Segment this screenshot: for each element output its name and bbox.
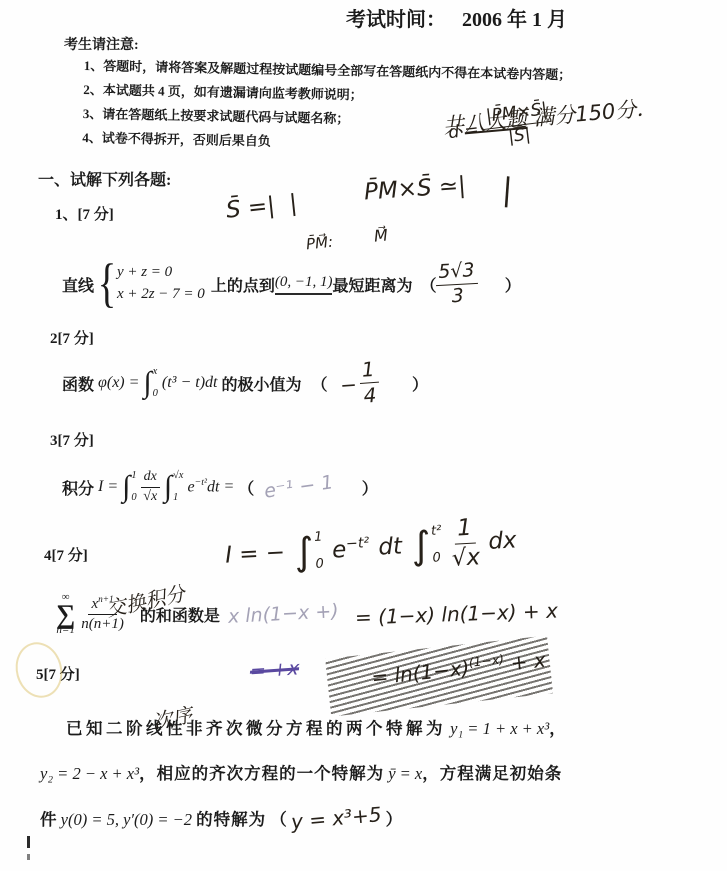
- left-brace: {: [98, 261, 117, 307]
- p1-tail-text: 最短距离为: [332, 273, 412, 296]
- p5-line2-text1: ，相应的齐次方程的一个特解为: [139, 764, 384, 783]
- p3-lead: 积分: [62, 476, 94, 499]
- p5-y2-solution: y₂ = 2 − x + x³: [40, 764, 139, 783]
- p5-y1-solution: y₁ = 1 + x + x³: [450, 719, 549, 738]
- p1-label: 1、[7 分]: [55, 203, 114, 224]
- p3-integrand: e−t²dt: [187, 477, 219, 496]
- hw-distance-lhs: d =: [447, 120, 480, 144]
- p2-close-paren: ）: [412, 372, 428, 395]
- exam-scan-page: 考试时间： 2006 年 1 月 考生请注意: 1、答题时，请将答案及解题过程按…: [0, 0, 727, 871]
- section-title: 一、试解下列各题:: [38, 167, 171, 190]
- p4-hw-dt: dt: [378, 533, 403, 560]
- p1-hw-pm-cross-s: P̄M×S̄ ≃|: [363, 172, 466, 205]
- p4-hw-scratch-left: = +x: [249, 657, 300, 683]
- p4-hw-lhs: I = −: [225, 540, 286, 569]
- p1-equation-2: x + 2z − 7 = 0: [117, 286, 205, 303]
- p3-equals: =: [223, 478, 234, 496]
- p4-hw-fraction: 1 √x: [450, 514, 481, 571]
- p2-tail-text: 的极小值为: [221, 372, 301, 395]
- p2-integral: ∫ x0: [143, 367, 157, 399]
- scan-artifact-circle: [10, 637, 69, 703]
- p4-hw-work: I = − ∫ 10 e−t² dt ∫ t²0 1 √x dx: [223, 500, 518, 595]
- p5-line-1: 已知二阶线性非齐次微分方程的两个特解为 y₁ = 1 + x + x³，: [40, 706, 716, 751]
- p1-open-paren: （: [420, 273, 436, 296]
- p5-ybar-solution: ȳ = x: [388, 764, 422, 783]
- exam-time-header: 考试时间： 2006 年 1 月: [346, 3, 567, 32]
- p4-tail-text: 的和函数是: [140, 603, 220, 626]
- p2-body: 函数 φ(x) = ∫ x0 (t³ − t)dt 的极小值为 （ − 14 ）: [62, 358, 428, 408]
- hw-distance-fraction: |P̄M×S̄| |S̄|: [482, 100, 554, 150]
- p1-equation-system: { y + z = 0 x + 2z − 7 = 0: [94, 261, 205, 307]
- p1-body: 直线 { y + z = 0 x + 2z − 7 = 0 上的点到 (0, −…: [62, 246, 521, 322]
- p1-hw-m-vector: M⃗: [373, 225, 388, 245]
- p4-hw-dx: dx: [488, 527, 518, 554]
- p1-hw-answer-fraction: 5√3 3: [435, 260, 480, 309]
- p1-point: (0, −1, 1): [275, 274, 333, 295]
- p3-open-paren: （: [238, 476, 254, 499]
- integral-icon: ∫: [164, 472, 172, 502]
- integral-icon: ∫: [410, 526, 432, 565]
- p1-hw-s-vector: S̄ =| |: [225, 190, 299, 223]
- p2-label: 2[7 分]: [50, 327, 94, 348]
- p5-line3-text2: 的特解为: [196, 810, 266, 829]
- p4-hw-integral-1: ∫ 10: [293, 531, 324, 572]
- scan-artifact-mark-2: [27, 854, 30, 860]
- p2-function: φ(x) =: [98, 374, 139, 392]
- p1-equation-1: y + z = 0: [117, 264, 205, 281]
- p4-label: 4[7 分]: [44, 544, 88, 565]
- p5-body: 已知二阶线性非齐次微分方程的两个特解为 y₁ = 1 + x + x³， y₂ …: [40, 706, 716, 842]
- p4-hw-scratch-line: = +x = ln(1−x)(1−x) + x: [250, 645, 546, 695]
- p4-hw-exp: e−t²: [331, 535, 370, 564]
- p5-line-3: 件 y(0) = 5, y′(0) = −2 的特解为 （ y = x³+5 ）: [40, 796, 716, 842]
- p4-hw-inline-scribble: x ln(1−x +): [227, 600, 339, 628]
- p1-mid-text: 上的点到: [211, 273, 275, 296]
- p5-close-paren: ）: [386, 810, 403, 829]
- p3-integral-1: ∫ 10: [122, 471, 136, 503]
- exam-time-value: 2006 年 1 月: [462, 3, 567, 32]
- p1-lead: 直线: [62, 273, 94, 296]
- sigma-icon: ∑: [56, 603, 75, 626]
- p5-line2-text2: ，方程满足初始条: [422, 764, 562, 783]
- p4-summation: ∞ ∑ n=1: [56, 592, 75, 637]
- p1-close-paren: ）: [505, 273, 521, 296]
- p5-initial-conditions: y(0) = 5, y′(0) = −2: [61, 810, 192, 829]
- p5-line1-text: 已知二阶线性非齐次微分方程的两个特解为: [66, 719, 446, 738]
- notice-title: 考生请注意:: [64, 34, 139, 54]
- p2-lead: 函数: [62, 372, 94, 395]
- p3-hw-answer: e⁻¹ − 1: [263, 471, 335, 502]
- scan-artifact-mark-1: [27, 836, 30, 848]
- p3-close-paren: ）: [362, 476, 378, 499]
- integral-icon: ∫: [293, 532, 315, 571]
- integral-icon: ∫: [122, 472, 130, 502]
- p5-line-2: y₂ = 2 − x + x³，相应的齐次方程的一个特解为 ȳ = x，方程满足…: [40, 751, 716, 796]
- p3-integral-2: ∫ √x1: [164, 471, 184, 503]
- p5-hw-answer: y = x³+5: [289, 792, 383, 845]
- p5-line3-text1: 件: [40, 810, 57, 829]
- exam-time-label: 考试时间：: [346, 3, 446, 32]
- p4-series-term: xn+1 n(n+1): [81, 595, 124, 634]
- integral-icon: ∫: [143, 368, 151, 398]
- p3-lhs: I =: [98, 478, 118, 496]
- p2-integrand: (t³ − t)dt: [162, 374, 218, 392]
- p2-open-paren: （: [312, 372, 328, 395]
- p2-hw-answer: − 14: [338, 357, 380, 409]
- p1-hw-bar: |: [501, 172, 514, 209]
- p5-open-paren: （: [270, 810, 287, 829]
- p3-label: 3[7 分]: [50, 429, 94, 450]
- p4-hw-integral-2: ∫ t²0: [410, 524, 443, 566]
